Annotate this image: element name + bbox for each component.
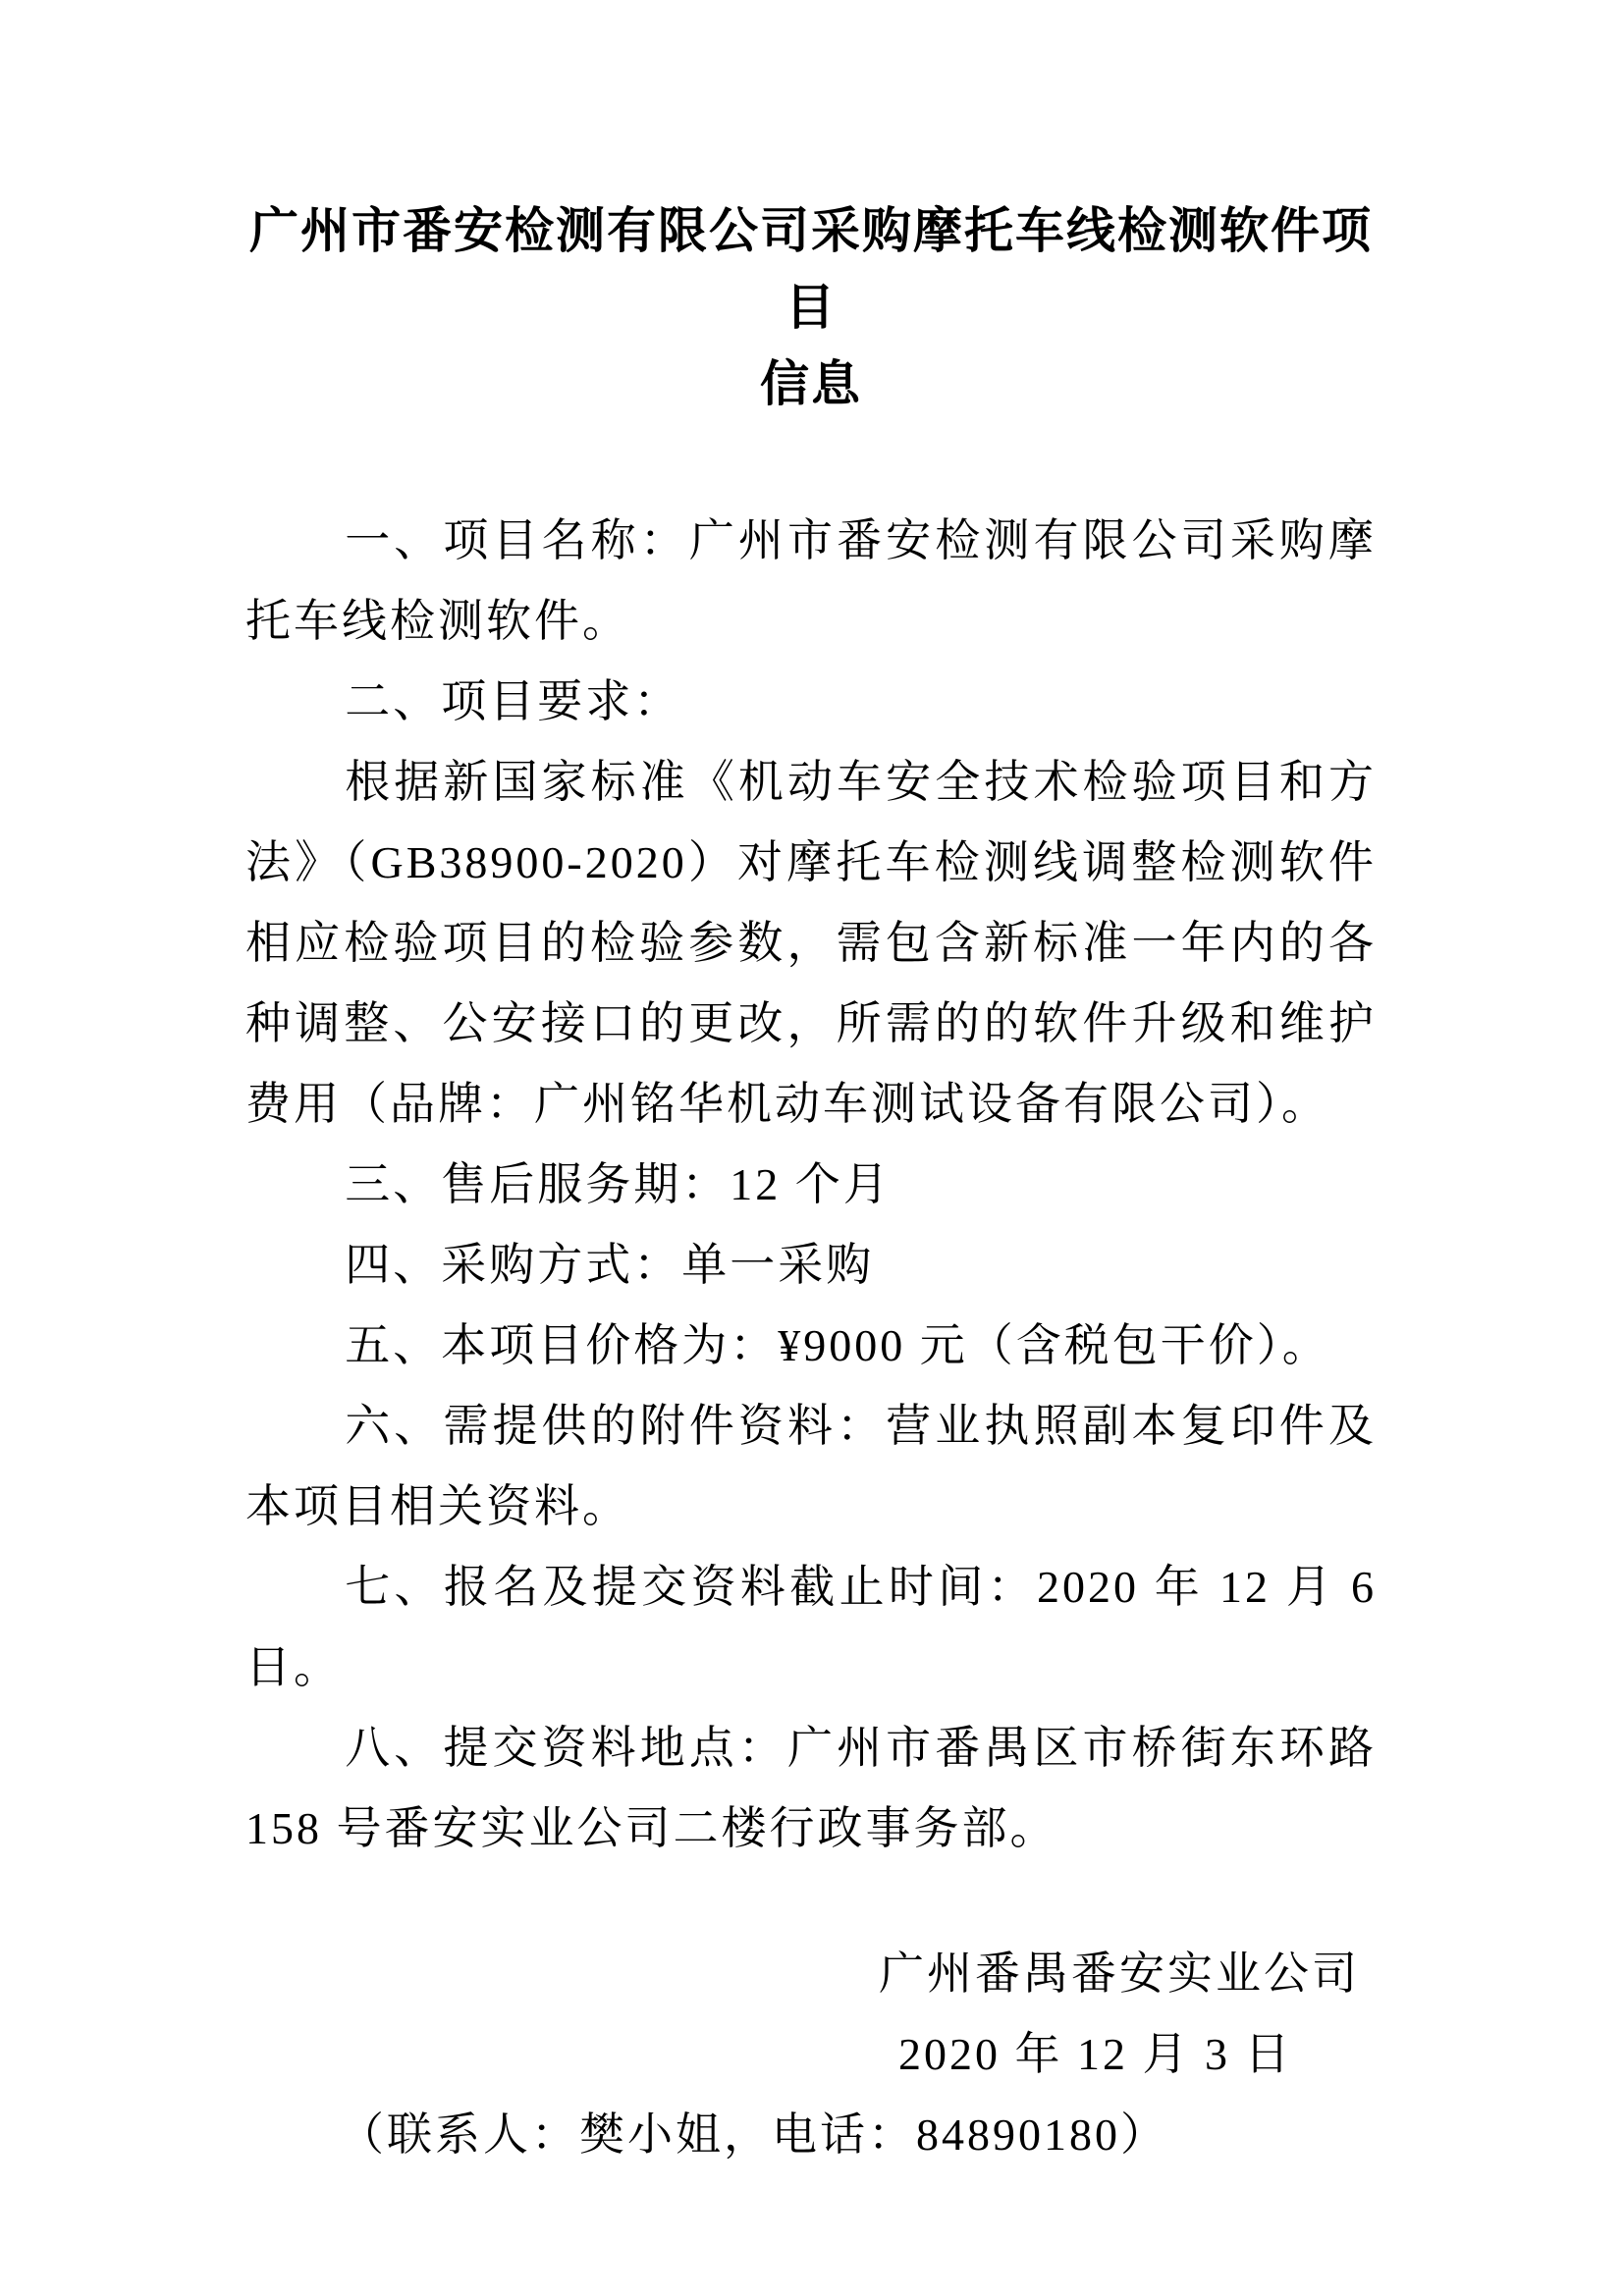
signature-block: 广州番禺番安实业公司 2020 年 12 月 3 日 （联系人：樊小姐，电话：8… xyxy=(245,1934,1377,2175)
document-title-line-1: 广州市番安检测有限公司采购摩托车线检测软件项目 xyxy=(249,203,1373,335)
paragraph-service-period: 三、售后服务期：12 个月 xyxy=(245,1145,1377,1225)
document-title-line-2: 信息 xyxy=(760,356,862,411)
signature-contact: （联系人：樊小姐，电话：84890180） xyxy=(339,2095,1377,2175)
document-body: 一、项目名称：广州市番安检测有限公司采购摩托车线检测软件。 二、项目要求： 根据… xyxy=(245,501,1377,1869)
paragraph-deadline: 七、报名及提交资料截止时间：2020 年 12 月 6 日。 xyxy=(245,1547,1377,1708)
paragraph-procurement-method: 四、采购方式：单一采购 xyxy=(245,1225,1377,1306)
paragraph-requirements-heading: 二、项目要求： xyxy=(245,662,1377,742)
signature-date: 2020 年 12 月 3 日 xyxy=(898,2014,1377,2095)
paragraph-project-name: 一、项目名称：广州市番安检测有限公司采购摩托车线检测软件。 xyxy=(245,501,1377,662)
document-title: 广州市番安检测有限公司采购摩托车线检测软件项目信息 xyxy=(245,0,1377,422)
paragraph-submission-address: 八、提交资料地点：广州市番禺区市桥街东环路 158 号番安实业公司二楼行政事务部… xyxy=(245,1708,1377,1869)
document-page: 广州市番安检测有限公司采购摩托车线检测软件项目信息 一、项目名称：广州市番安检测… xyxy=(0,0,1624,2296)
paragraph-requirements-body: 根据新国家标准《机动车安全技术检验项目和方法》（GB38900-2020）对摩托… xyxy=(245,742,1377,1145)
document-content: 广州市番安检测有限公司采购摩托车线检测软件项目信息 一、项目名称：广州市番安检测… xyxy=(245,0,1377,2175)
signature-company: 广州番禺番安实业公司 xyxy=(879,1934,1377,2014)
paragraph-attachments: 六、需提供的附件资料：营业执照副本复印件及本项目相关资料。 xyxy=(245,1386,1377,1547)
paragraph-price: 五、本项目价格为：¥9000 元（含税包干价）。 xyxy=(245,1306,1377,1386)
